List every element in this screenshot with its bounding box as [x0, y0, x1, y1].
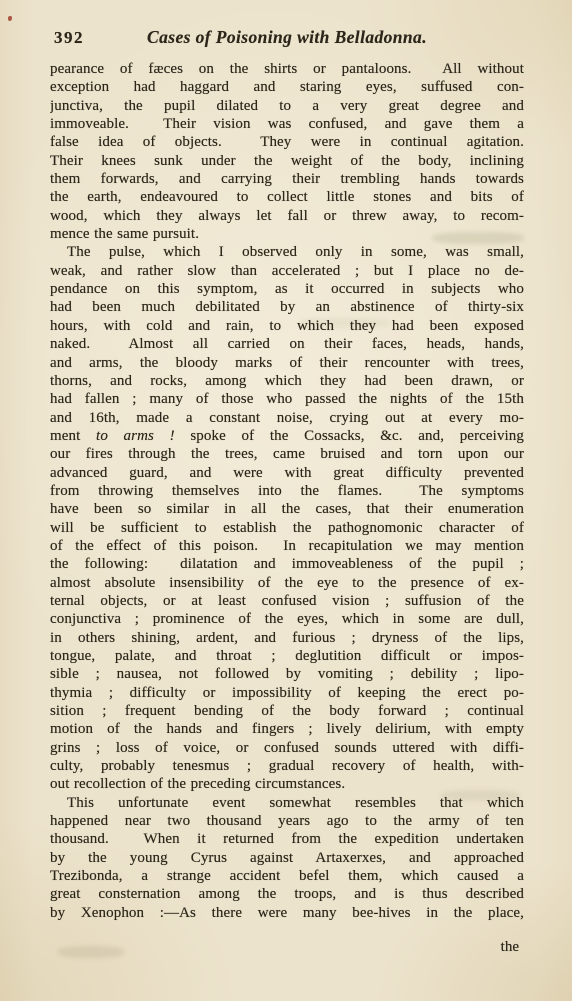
- text-line: thymia ; difficulty or impossibility of …: [50, 684, 524, 702]
- paragraph: The pulse, which I observed only in some…: [50, 243, 524, 793]
- text-line: The pulse, which I observed only in some…: [50, 243, 524, 261]
- text-line: pearance of fæces on the shirts or panta…: [50, 60, 524, 78]
- running-title: Cases of Poisoning with Belladonna.: [147, 27, 427, 47]
- text-line: out recollection of the preceding circum…: [50, 775, 524, 793]
- paper-fleck: [8, 16, 12, 21]
- text-line: pendance on this symptom, as it occurred…: [50, 280, 524, 298]
- text-line: have been so similar in all the cases, t…: [50, 500, 524, 518]
- text-line: tongue, palate, and throat ; deglutition…: [50, 647, 524, 665]
- text-line: had fallen ; many of those who passed th…: [50, 390, 524, 408]
- text-line: sible ; nausea, not followed by vomiting…: [50, 665, 524, 683]
- text-line: motion of the hands and fingers ; lively…: [50, 720, 524, 738]
- text-line: ternal objects, or at least confused vis…: [50, 592, 524, 610]
- text-line: wood, which they always let fall or thre…: [50, 207, 524, 225]
- text-line: grins ; loss of voice, or confused sound…: [50, 739, 524, 757]
- text-line: and arms, the bloody marks of their renc…: [50, 354, 524, 372]
- text-line: sition ; frequent bending of the body fo…: [50, 702, 524, 720]
- text-line: culty, probably tenesmus ; gradual recov…: [50, 757, 524, 775]
- text-line: mence the same pursuit.: [50, 225, 524, 243]
- text-line: conjunctiva ; prominence of the eyes, wh…: [50, 610, 524, 628]
- text-line: immoveable. Their vision was confused, a…: [50, 115, 524, 133]
- text-line: weak, and rather slow than accelerated ;…: [50, 262, 524, 280]
- text-line: happened near two thousand years ago to …: [50, 812, 524, 830]
- text-line: almost absolute insensibility of the eye…: [50, 574, 524, 592]
- text-line: the earth, endeavoured to collect little…: [50, 188, 524, 206]
- scanned-book-page: 392 Cases of Poisoning with Belladonna. …: [0, 0, 572, 1001]
- text-line: thorns, and rocks, among which they had …: [50, 372, 524, 390]
- text-line: hours, with cold and rain, to which they…: [50, 317, 524, 335]
- text-line: had been much debilitated by an abstinen…: [50, 298, 524, 316]
- text-line: naked. Almost all carried on their faces…: [50, 335, 524, 353]
- text-line: and 16th, made a constant noise, crying …: [50, 409, 524, 427]
- text-line: ment to arms ! spoke of the Cossacks, &c…: [50, 427, 524, 445]
- text-line: in others shining, ardent, and furious ;…: [50, 629, 524, 647]
- running-head: 392 Cases of Poisoning with Belladonna.: [50, 27, 524, 48]
- text-line: by Xenophon :—As there were many bee-hiv…: [50, 904, 524, 922]
- text-line: Their knees sunk under the weight of the…: [50, 152, 524, 170]
- text-line: false idea of objects. They were in cont…: [50, 133, 524, 151]
- text-line: them forwards, and carrying their trembl…: [50, 170, 524, 188]
- text-line: by the young Cyrus against Artaxerxes, a…: [50, 849, 524, 867]
- text-line: thousand. When it returned from the expe…: [50, 830, 524, 848]
- text-line: will be sufficient to establish the path…: [50, 519, 524, 537]
- text-line: great consternation among the troops, an…: [50, 885, 524, 903]
- text-line: This unfortunate event somewhat resemble…: [50, 794, 524, 812]
- page-number: 392: [54, 28, 84, 48]
- catchword: the: [50, 939, 519, 956]
- text-line: from throwing themselves into the flames…: [50, 482, 524, 500]
- text-line: exception had haggard and staring eyes, …: [50, 78, 524, 96]
- text-line: advanced guard, and were with great diff…: [50, 464, 524, 482]
- text-line: Trezibonda, a strange accident befel the…: [50, 867, 524, 885]
- paragraph: pearance of fæces on the shirts or panta…: [50, 60, 524, 243]
- paragraph: This unfortunate event somewhat resemble…: [50, 794, 524, 922]
- text-block: pearance of fæces on the shirts or panta…: [50, 60, 524, 922]
- text-line: of the effect of this poison. In recapit…: [50, 537, 524, 555]
- text-line: junctiva, the pupil dilated to a very gr…: [50, 97, 524, 115]
- text-line: the following: dilatation and immoveable…: [50, 555, 524, 573]
- text-line: our fires through the trees, came bruise…: [50, 445, 524, 463]
